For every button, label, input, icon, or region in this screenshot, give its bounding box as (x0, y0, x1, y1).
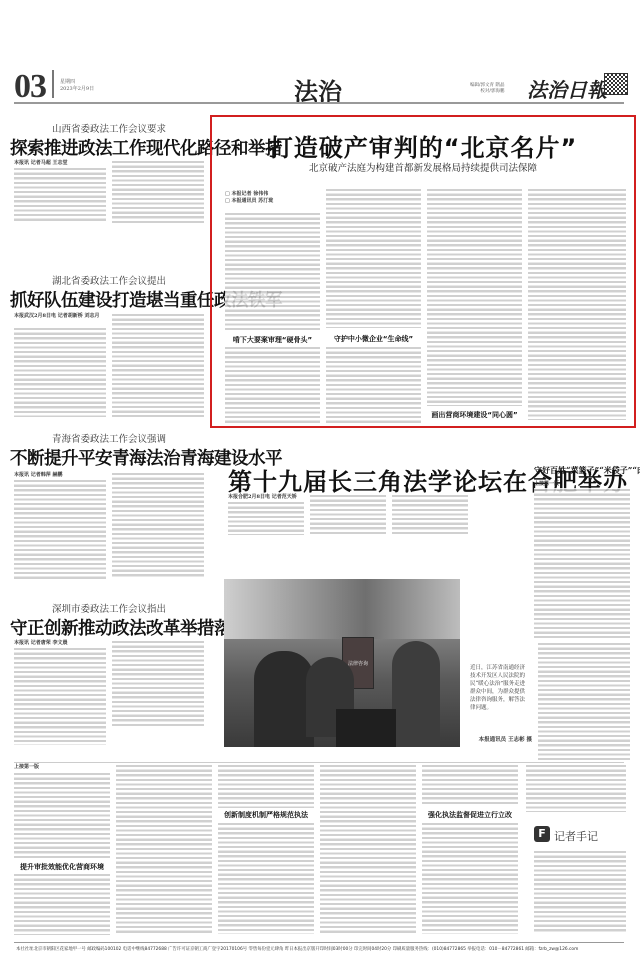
lead-story-body (427, 188, 522, 406)
lead-story-body (326, 188, 421, 328)
article-kicker: 山西省委政法工作会议要求 (14, 121, 204, 135)
lead-story-subhead: 画出营商环境建设“同心圆” (427, 410, 522, 420)
second-story-byline: 本报合肥2月8日电 记者范天娇 (228, 494, 304, 501)
bottom-subhead: 强化执法监督促进立行立改 (422, 810, 518, 820)
lead-story-body (528, 188, 626, 420)
article-byline: 本报讯 记者韩萍 赫鹏 (14, 472, 106, 479)
qr-code-icon[interactable] (604, 73, 628, 95)
right-story-headline[interactable]: 守好百姓“菜篮子”“米袋子”“肉案子” (534, 465, 640, 476)
lead-story-subhead: 守护中小微企业“生命线” (326, 334, 421, 344)
article-headline[interactable]: 抓好队伍建设打造堪当重任政法铁军 (10, 287, 208, 312)
editors-credit: 编辑/郭文青 隋晶 校对/郭海鹏 (470, 83, 504, 95)
bottom-body (526, 764, 626, 812)
article-kicker: 青海省委政法工作会议强调 (14, 431, 204, 445)
second-story-body (310, 494, 386, 535)
bottom-body (320, 764, 416, 934)
article-body (14, 479, 106, 579)
continued-label: 上接第一版 (14, 764, 39, 771)
bottom-body (422, 822, 518, 934)
photo-person (254, 651, 314, 747)
article-body (14, 167, 106, 223)
bottom-body (422, 764, 518, 804)
lead-story-byline: □ 本报记者 徐伟伟 □ 本报通讯员 苏汀珑 (225, 191, 315, 205)
article-headline[interactable]: 探索推进政法工作现代化路径和举措 (10, 135, 208, 160)
right-story-body (534, 488, 630, 638)
article-byline: 本报武汉2月8日电 记者胡新桥 刘志月 (14, 313, 106, 320)
page-number: 03 (14, 68, 46, 106)
photo-person (392, 641, 440, 747)
lead-story-body (225, 212, 320, 332)
photo-caption: 近日，江苏省南通经济技术开发区人民法院的民“暖心法治”服务走进群众中间，为群众提… (470, 664, 530, 734)
article-kicker: 深圳市委政法工作会议指出 (14, 601, 204, 615)
bottom-body (14, 873, 110, 935)
reporter-note-body (534, 850, 626, 934)
issue-date: 2023年2月9日 (60, 86, 94, 93)
article-body (112, 472, 204, 579)
bottom-body (218, 822, 314, 934)
photo-background-building (224, 579, 460, 639)
reporter-note-icon: F (534, 826, 550, 842)
photo-table (336, 709, 396, 747)
article-byline: 本报讯 记者唐荣 李文晨 (14, 640, 106, 647)
right-story-body (538, 642, 630, 762)
weekday: 星期四 (60, 79, 94, 86)
lead-story-subtitle: 北京破产法庭为构建首都新发展格局持续提供司法保障 (212, 160, 634, 174)
article-body (112, 313, 204, 417)
article-kicker: 湖北省委政法工作会议提出 (14, 273, 204, 287)
section-rule (14, 762, 624, 763)
lead-story-subhead: 啃下大要案审理“硬骨头” (225, 335, 320, 345)
lead-story-title[interactable]: 打造破产审判的“北京名片” (212, 128, 634, 163)
reporter-note-title: 记者手记 (554, 828, 598, 844)
article-byline: 本报讯 记者马超 王志堂 (14, 160, 106, 167)
second-story-body (228, 501, 304, 535)
article-headline[interactable]: 守正创新推动政法改革举措落地实施 (10, 615, 208, 640)
right-story-byline: 上接第一版 (534, 481, 630, 488)
bottom-body (218, 764, 314, 808)
bottom-body (14, 772, 110, 860)
photo-credit: 本报通讯员 王志彬 摄 (472, 736, 532, 744)
masthead-rule (14, 102, 624, 104)
footer-imprint: 本社社址北京市朝阳区花家地甲一号 邮政编码100102 电话中继线8477268… (16, 946, 594, 952)
second-story-body (392, 494, 468, 535)
lead-story-body (225, 346, 320, 424)
article-body (14, 327, 106, 417)
date-block: 星期四 2023年2月9日 (60, 79, 94, 93)
bottom-subhead: 提升审批效能优化营商环境 (14, 862, 110, 872)
news-photo[interactable]: 法律咨询 (224, 579, 460, 747)
lead-story-body (326, 346, 421, 424)
bottom-subhead: 创新制度机制严格规范执法 (218, 810, 314, 820)
masthead-divider (52, 70, 54, 98)
bottom-body (116, 764, 212, 934)
article-body (112, 160, 204, 223)
paper-logo: 法治日報 (527, 74, 607, 103)
footer-rule (14, 942, 624, 943)
article-body (14, 647, 106, 745)
article-body (112, 640, 204, 728)
article-headline[interactable]: 不断提升平安青海法治青海建设水平 (10, 445, 208, 470)
